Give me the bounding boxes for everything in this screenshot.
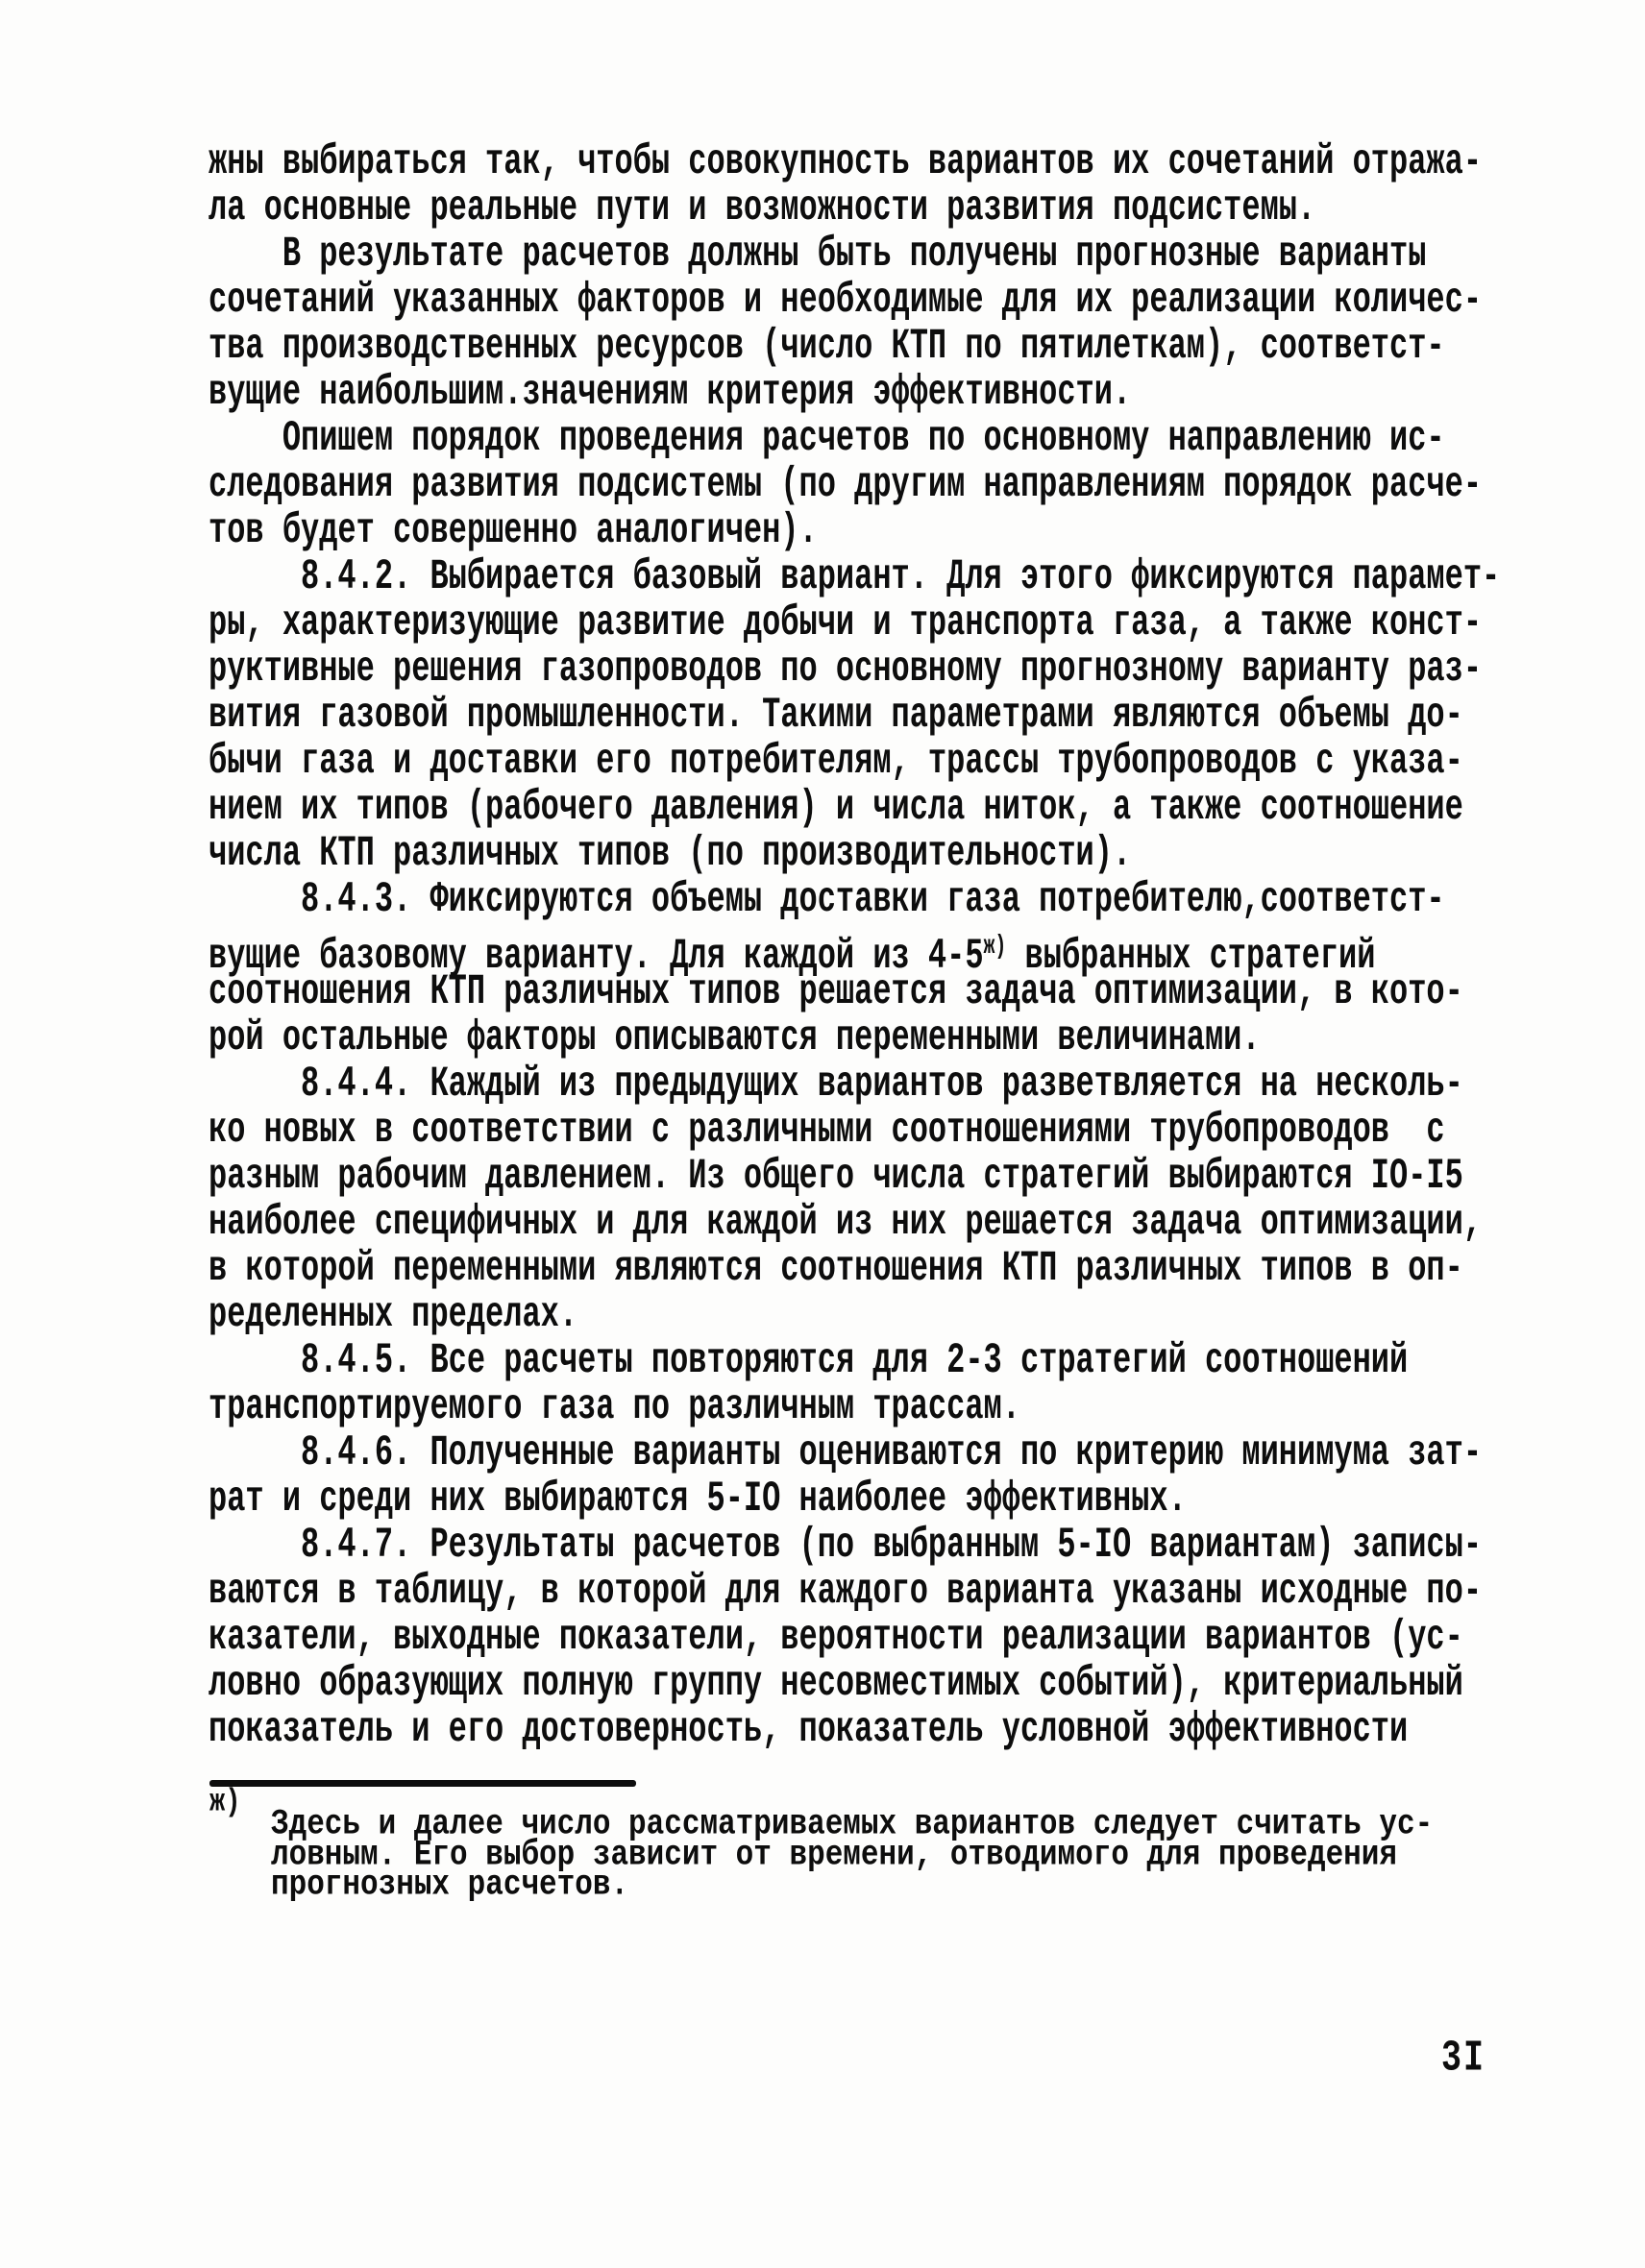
footnote-line: прогнозных расчетов. <box>271 1867 1433 1904</box>
footnote-text: Здесь и далее число рассматриваемых вари… <box>271 1810 1433 1901</box>
document-body: жны выбираться так, чтобы совокупность в… <box>209 139 1500 1753</box>
footnote-divider <box>209 1780 636 1787</box>
scanned-document-page: жны выбираться так, чтобы совокупность в… <box>0 0 1645 2268</box>
footnote-reference: ж) <box>984 930 1007 961</box>
text-line: показатель и его достоверность, показате… <box>209 1698 1500 1762</box>
page-number: 3I <box>1441 2037 1485 2082</box>
text-segment: показатель и его достоверность, показате… <box>209 1705 1408 1754</box>
footnote-marker: ж) <box>209 1788 240 1820</box>
